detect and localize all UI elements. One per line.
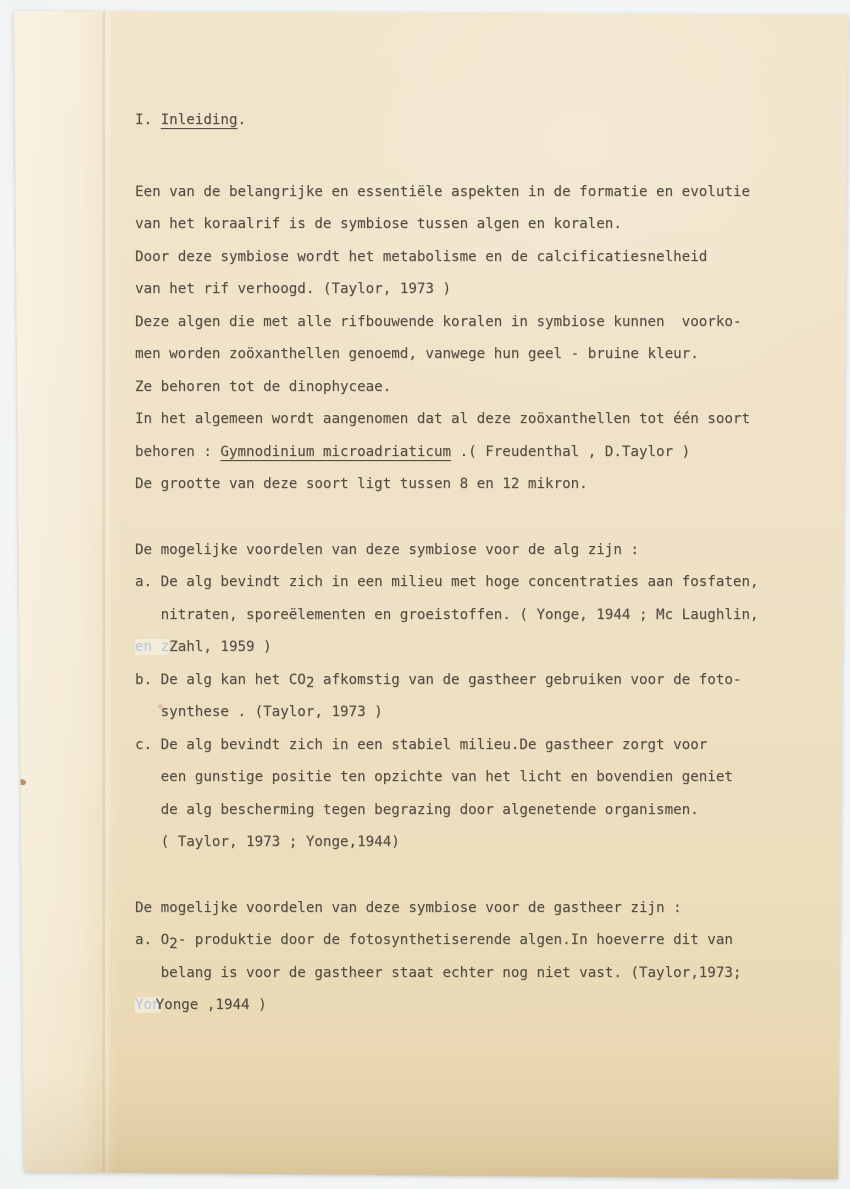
typo-correction-ghost: en z xyxy=(135,639,169,655)
text-run: Yonge ,1944 ) xyxy=(156,997,267,1013)
list-item-a-line: YonYonge ,1944 ) xyxy=(135,989,795,1022)
text-line: In het algemeen wordt aangenomen dat al … xyxy=(135,403,795,436)
list-item-c-line: c. De alg bevindt zich in een stabiel mi… xyxy=(135,729,795,762)
list-header: De mogelijke voordelen van deze symbiose… xyxy=(135,534,795,567)
subscript-2: 2 xyxy=(306,675,315,691)
document-page: I. Inleiding. Een van de belangrijke en … xyxy=(0,0,850,1189)
text-run: a. O xyxy=(135,932,169,948)
section-heading: I. Inleiding. xyxy=(135,104,795,137)
text-run: - produktie door de fotosynthetiserende … xyxy=(178,932,733,948)
list-item-a-line: a. O2- produktie door de fotosynthetiser… xyxy=(135,924,795,957)
text-run: Zahl, 1959 ) xyxy=(169,639,272,655)
text-line: Deze algen die met alle rifbouwende kora… xyxy=(135,306,795,339)
text-line: De grootte van deze soort ligt tussen 8 … xyxy=(135,468,795,501)
heading-numeral: I. xyxy=(135,112,161,128)
heading-title: Inleiding xyxy=(161,112,238,128)
text-line: Een van de belangrijke en essentiële asp… xyxy=(135,176,795,209)
text-run: b. De alg kan het CO xyxy=(135,672,306,688)
text-line: Ze behoren tot de dinophyceae. xyxy=(135,371,795,404)
subscript-2: 2 xyxy=(169,936,178,952)
text-line: van het koraalrif is de symbiose tussen … xyxy=(135,208,795,241)
text-line: men worden zoöxanthellen genoemd, vanweg… xyxy=(135,338,795,371)
text-run: .( Freudenthal , D.Taylor ) xyxy=(451,444,690,460)
list-item-c-line: een gunstige positie ten opzichte van he… xyxy=(135,761,795,794)
list-item-c-line: de alg bescherming tegen begrazing door … xyxy=(135,794,795,827)
list-item-a-line: belang is voor de gastheer staat echter … xyxy=(135,957,795,990)
list-item-a-line: a. De alg bevindt zich in een milieu met… xyxy=(135,566,795,599)
page-text: I. Inleiding. Een van de belangrijke en … xyxy=(135,0,795,1022)
list-item-a-line: en zZahl, 1959 ) xyxy=(135,631,795,664)
host-benefits-list: De mogelijke voordelen van deze symbiose… xyxy=(135,892,795,1022)
text-line: Door deze symbiose wordt het metabolisme… xyxy=(135,241,795,274)
paper-stain xyxy=(16,778,26,786)
text-run: behoren : xyxy=(135,444,220,460)
list-item-b-line: b. De alg kan het CO2 afkomstig van de g… xyxy=(135,664,795,697)
scan-background: I. Inleiding. Een van de belangrijke en … xyxy=(0,0,850,1189)
intro-paragraph: Een van de belangrijke en essentiële asp… xyxy=(135,176,795,501)
list-header: De mogelijke voordelen van deze symbiose… xyxy=(135,892,795,925)
text-line: behoren : Gymnodinium microadriaticum .(… xyxy=(135,436,795,469)
paper-shadow-wrap: I. Inleiding. Een van de belangrijke en … xyxy=(0,0,850,1189)
text-run: afkomstig van de gastheer gebruiken voor… xyxy=(314,672,741,688)
list-item-c-line: ( Taylor, 1973 ; Yonge,1944) xyxy=(135,826,795,859)
list-item-b-line: synthese . (Taylor, 1973 ) xyxy=(135,696,795,729)
list-item-a-line: nitraten, sporeëlementen en groeistoffen… xyxy=(135,599,795,632)
species-name-underlined: Gymnodinium microadriaticum xyxy=(220,444,451,460)
alg-benefits-list: De mogelijke voordelen van deze symbiose… xyxy=(135,534,795,859)
heading-period: . xyxy=(238,112,247,128)
text-line: van het rif verhoogd. (Taylor, 1973 ) xyxy=(135,273,795,306)
